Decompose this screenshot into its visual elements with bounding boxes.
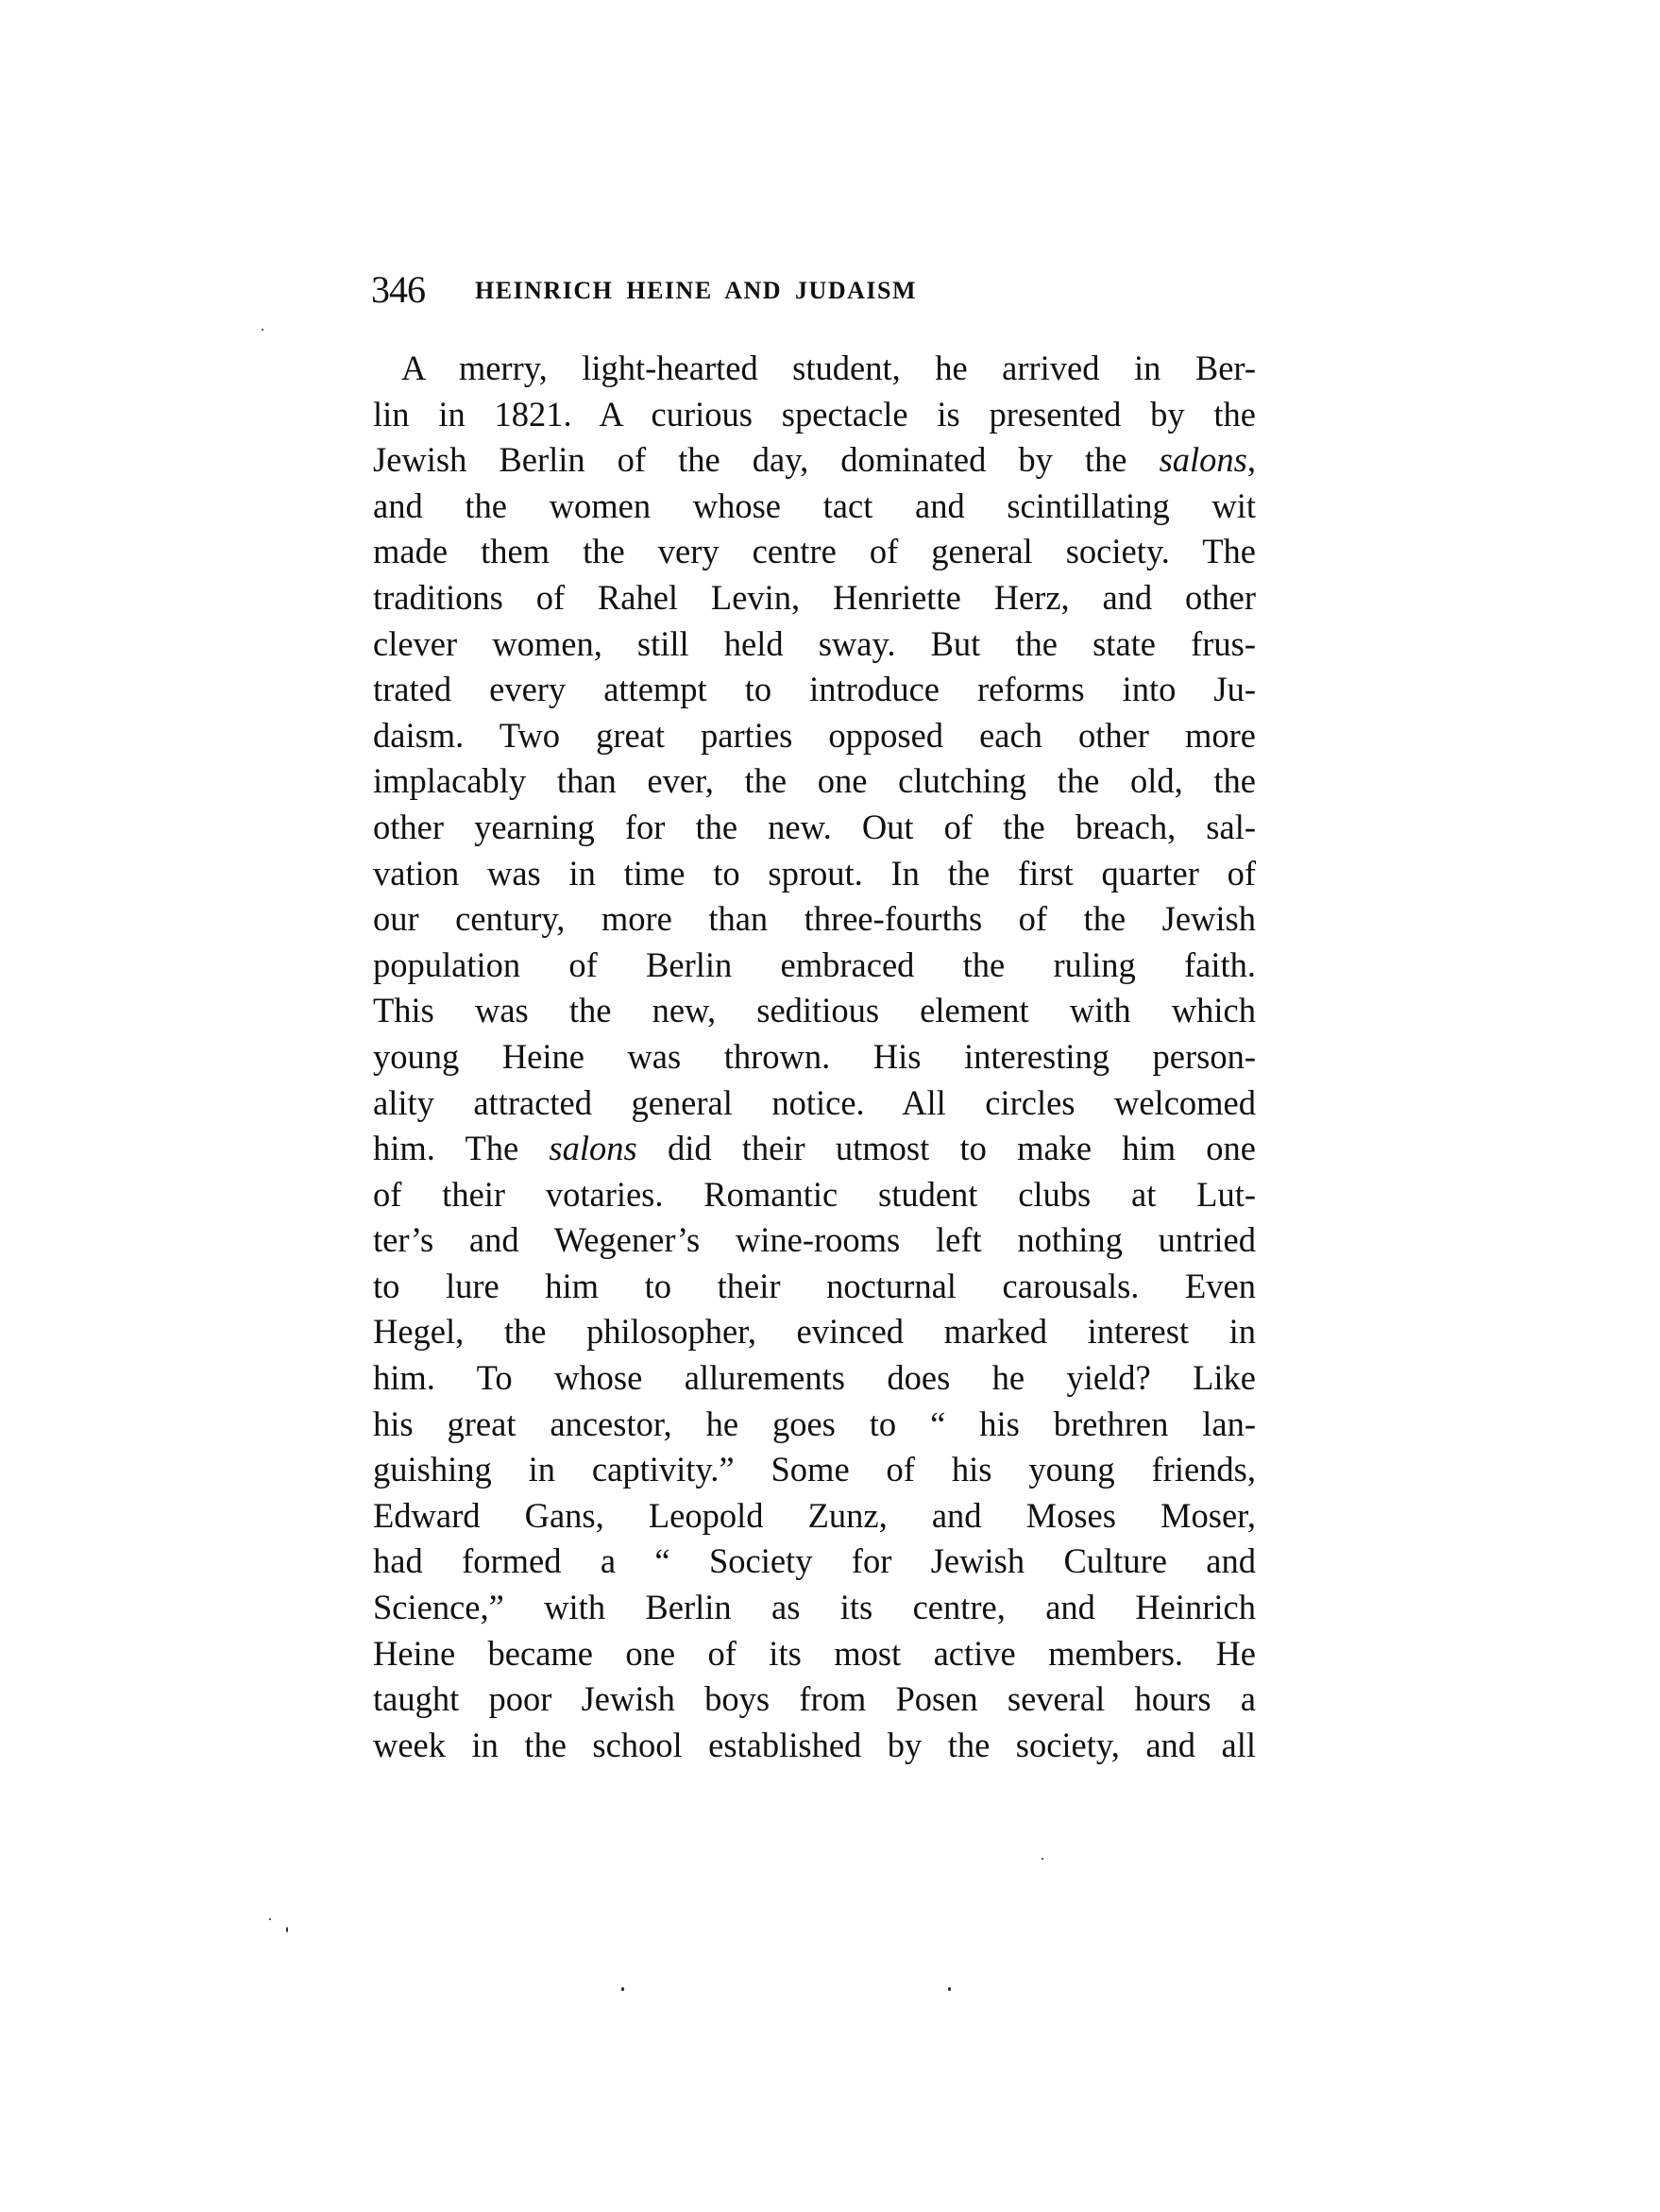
text-segment: and the women whose tact and scintillati… bbox=[373, 486, 1256, 525]
text-line: traditions of Rahel Levin, Henriette Her… bbox=[373, 575, 1256, 621]
text-line: trated every attempt to introduce reform… bbox=[373, 667, 1256, 713]
text-line: young Heine was thrown. His interesting … bbox=[373, 1034, 1256, 1080]
text-line: vation was in time to sprout. In the fir… bbox=[373, 851, 1256, 897]
text-line: clever women, still held sway. But the s… bbox=[373, 621, 1256, 668]
text-line: and the women whose tact and scintillati… bbox=[373, 484, 1256, 530]
running-title: HEINRICH HEINE AND JUDAISM bbox=[475, 272, 917, 310]
scan-speck bbox=[1042, 1858, 1043, 1860]
text-segment: his great ancestor, he goes to “ his bre… bbox=[373, 1404, 1256, 1443]
italic-term: salons bbox=[1160, 440, 1247, 479]
text-line: his great ancestor, he goes to “ his bre… bbox=[373, 1402, 1256, 1448]
text-line: Heine became one of its most active memb… bbox=[373, 1631, 1256, 1677]
text-line: taught poor Jewish boys from Posen sever… bbox=[373, 1676, 1256, 1723]
text-segment: of their votaries. Romantic student club… bbox=[373, 1175, 1256, 1214]
text-line: week in the school established by the so… bbox=[373, 1723, 1256, 1769]
text-line: population of Berlin embraced the ruling… bbox=[373, 943, 1256, 989]
text-segment: to lure him to their nocturnal carousals… bbox=[373, 1267, 1256, 1305]
text-segment: him. To whose allurements does he yield?… bbox=[373, 1358, 1256, 1397]
text-line: ality attracted general notice. All circ… bbox=[373, 1080, 1256, 1127]
scan-speck bbox=[262, 329, 263, 331]
text-segment: trated every attempt to introduce reform… bbox=[373, 670, 1256, 708]
text-segment: young Heine was thrown. His interesting … bbox=[373, 1037, 1256, 1076]
text-segment: did their utmost to make him one bbox=[637, 1129, 1256, 1167]
text-segment: Edward Gans, Leopold Zunz, and Moses Mos… bbox=[373, 1496, 1256, 1535]
text-line: to lure him to their nocturnal carousals… bbox=[373, 1264, 1256, 1310]
text-line: Hegel, the philosopher, evinced marked i… bbox=[373, 1309, 1256, 1355]
text-segment: , bbox=[1247, 440, 1256, 479]
text-line: implacably than ever, the one clutching … bbox=[373, 758, 1256, 805]
text-line: him. The salons did their utmost to make… bbox=[373, 1126, 1256, 1172]
text-segment: made them the very centre of general soc… bbox=[373, 532, 1256, 570]
text-segment: Heine became one of its most active memb… bbox=[373, 1634, 1256, 1673]
text-line: lin in 1821. A curious spectacle is pres… bbox=[373, 392, 1256, 438]
text-line: daism. Two great parties opposed each ot… bbox=[373, 713, 1256, 759]
text-line: of their votaries. Romantic student club… bbox=[373, 1172, 1256, 1218]
page-number: 346 bbox=[371, 266, 425, 314]
scan-speck bbox=[948, 1987, 951, 1991]
text-segment: vation was in time to sprout. In the fir… bbox=[373, 854, 1256, 893]
text-line: guishing in captivity.” Some of his youn… bbox=[373, 1447, 1256, 1493]
text-line: Science,” with Berlin as its centre, and… bbox=[373, 1585, 1256, 1631]
text-segment: him. The bbox=[373, 1129, 549, 1167]
text-segment: clever women, still held sway. But the s… bbox=[373, 624, 1256, 663]
text-segment: implacably than ever, the one clutching … bbox=[373, 761, 1256, 800]
italic-term: salons bbox=[549, 1129, 636, 1167]
text-segment: ter’s and Wegener’s wine-rooms left noth… bbox=[373, 1220, 1256, 1259]
text-segment: Jewish Berlin of the day, dominated by t… bbox=[373, 440, 1160, 479]
text-line: Jewish Berlin of the day, dominated by t… bbox=[373, 437, 1256, 484]
text-line: other yearning for the new. Out of the b… bbox=[373, 805, 1256, 851]
text-segment: had formed a “ Society for Jewish Cultur… bbox=[373, 1541, 1256, 1580]
text-segment: week in the school established by the so… bbox=[373, 1726, 1256, 1764]
scan-speck bbox=[286, 1927, 288, 1932]
text-segment: traditions of Rahel Levin, Henriette Her… bbox=[373, 578, 1256, 617]
text-segment: our century, more than three-fourths of … bbox=[373, 899, 1256, 938]
text-segment: Science,” with Berlin as its centre, and… bbox=[373, 1588, 1256, 1626]
text-line: him. To whose allurements does he yield?… bbox=[373, 1355, 1256, 1402]
text-line: our century, more than three-fourths of … bbox=[373, 896, 1256, 943]
text-line: A merry, light-hearted student, he arriv… bbox=[373, 346, 1256, 392]
text-segment: ality attracted general notice. All circ… bbox=[373, 1083, 1256, 1122]
text-line: had formed a “ Society for Jewish Cultur… bbox=[373, 1539, 1256, 1585]
body-paragraph: A merry, light-hearted student, he arriv… bbox=[373, 346, 1256, 1768]
text-segment: lin in 1821. A curious spectacle is pres… bbox=[373, 395, 1256, 434]
text-segment: taught poor Jewish boys from Posen sever… bbox=[373, 1679, 1256, 1718]
text-segment: This was the new, seditious element with… bbox=[373, 991, 1256, 1029]
scan-speck bbox=[621, 1987, 624, 1991]
text-line: ter’s and Wegener’s wine-rooms left noth… bbox=[373, 1217, 1256, 1264]
text-line: made them the very centre of general soc… bbox=[373, 529, 1256, 575]
text-segment: other yearning for the new. Out of the b… bbox=[373, 808, 1256, 846]
text-segment: guishing in captivity.” Some of his youn… bbox=[373, 1450, 1256, 1489]
book-page: 346 HEINRICH HEINE AND JUDAISM A merry, … bbox=[0, 0, 1660, 2212]
text-segment: population of Berlin embraced the ruling… bbox=[373, 945, 1256, 984]
running-head: 346 HEINRICH HEINE AND JUDAISM bbox=[371, 266, 1259, 314]
text-segment: daism. Two great parties opposed each ot… bbox=[373, 716, 1256, 755]
text-line: This was the new, seditious element with… bbox=[373, 988, 1256, 1034]
scan-speck bbox=[269, 1918, 271, 1920]
text-line: Edward Gans, Leopold Zunz, and Moses Mos… bbox=[373, 1493, 1256, 1540]
text-segment: A merry, light-hearted student, he arriv… bbox=[401, 349, 1256, 387]
text-segment: Hegel, the philosopher, evinced marked i… bbox=[373, 1312, 1256, 1351]
